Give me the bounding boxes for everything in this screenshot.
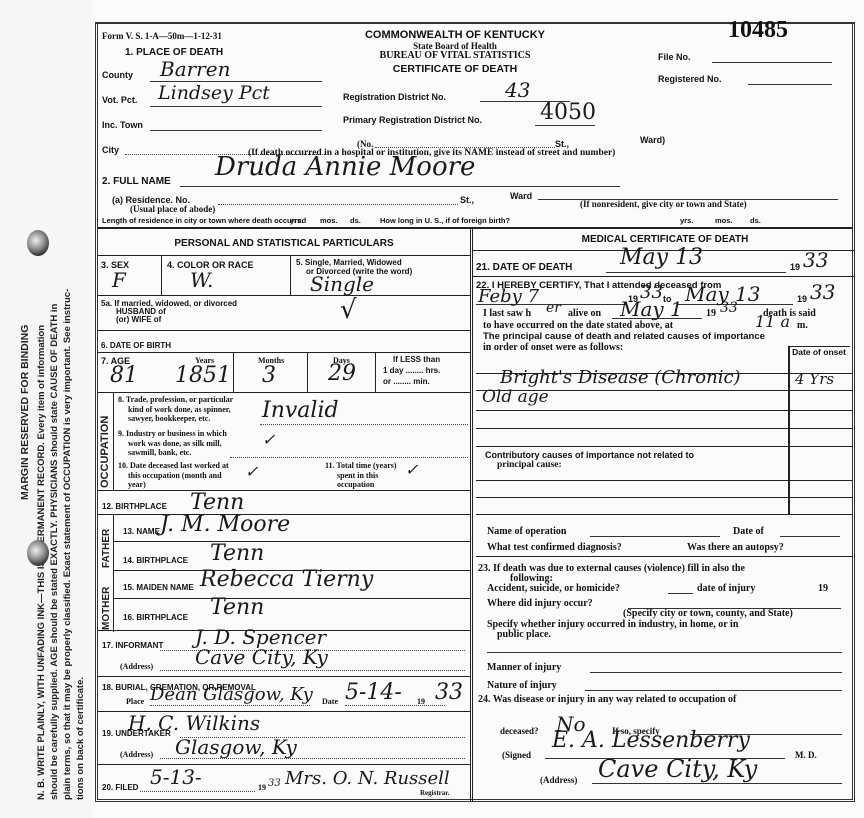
divider <box>233 352 234 392</box>
accident-field[interactable] <box>668 593 693 594</box>
divider <box>98 676 470 677</box>
dod-label: 21. DATE OF DEATH <box>476 262 572 273</box>
injury-year-label: 19 <box>818 583 828 594</box>
mother-name-label: 15. MAIDEN NAME <box>123 583 194 592</box>
filed-field[interactable] <box>140 791 255 792</box>
divider <box>98 255 470 256</box>
length-ds: ds. <box>350 216 361 225</box>
file-no-field[interactable] <box>712 62 832 63</box>
registered-no-field[interactable] <box>748 84 832 85</box>
primary-registration-label: Primary Registration District No. <box>343 115 482 125</box>
inc-town-field[interactable] <box>150 130 322 131</box>
dod-value: May 13 <box>620 245 703 270</box>
time-value: 11 a <box>755 312 790 331</box>
undertaker-address-label: (Address) <box>120 750 153 759</box>
binding-hole <box>27 230 49 256</box>
injury-date-label: date of injury <box>697 583 755 594</box>
divider <box>114 541 470 542</box>
race-value: W. <box>190 268 213 292</box>
foreign-birth-label: How long in U. S., if of foreign birth? <box>380 216 510 225</box>
deceased-label: deceased? <box>500 726 539 736</box>
age-months-value: 3 <box>262 363 276 388</box>
length-yrs: yrs. <box>290 216 303 225</box>
less-hrs-label: 1 day ........ hrs. <box>383 366 440 375</box>
industry-value: ✓ <box>262 430 275 449</box>
divider <box>307 352 308 392</box>
cause-2-value[interactable]: Old age <box>482 387 549 407</box>
county-value: Barren <box>160 57 230 81</box>
bureau-name: BUREAU OF VITAL STATISTICS <box>330 50 580 61</box>
registrar-label: Registrar. <box>420 789 449 797</box>
informant-label: 17. INFORMANT <box>102 641 163 650</box>
full-name-value: Druda Annie Moore <box>215 152 475 182</box>
medical-heading: MEDICAL CERTIFICATE OF DEATH <box>475 234 855 245</box>
burial-place-value: Dean Glasgow, Ky <box>150 684 313 705</box>
last-saw-value: May 1 <box>620 297 683 321</box>
total-time-label: 11. Total time (years)spent in thisoccup… <box>325 461 397 490</box>
occupation-side-label: OCCUPATION <box>100 416 111 488</box>
birth-year-value: 1851 <box>175 363 231 388</box>
binding-hole <box>27 540 49 566</box>
vot-pct-field[interactable] <box>150 106 322 107</box>
age-days-value: 29 <box>328 361 356 386</box>
margin-binding-text: MARGIN RESERVED FOR BINDING <box>20 325 31 500</box>
physician-signature: E. A. Lessenberry <box>552 728 750 753</box>
operation-field[interactable] <box>590 536 720 537</box>
onset-column-divider <box>788 346 790 514</box>
manner-label: Manner of injury <box>487 662 561 673</box>
onset-1-value[interactable]: 4 Yrs <box>795 370 834 388</box>
contributory-line <box>476 480 852 481</box>
column-divider <box>470 228 473 802</box>
nature-field[interactable] <box>585 690 842 691</box>
last-saw-year: 33 <box>720 300 738 316</box>
residence-ward-label: Ward <box>510 191 532 201</box>
divider <box>114 598 470 599</box>
onset-label: Date of onset <box>790 348 848 357</box>
full-name-field[interactable] <box>180 186 620 187</box>
filed-year-value: 33 <box>268 778 281 789</box>
father-side-label: FATHER <box>101 529 112 568</box>
length-mos: mos. <box>320 216 338 225</box>
trade-label: 8. Trade, profession, or particularkind … <box>118 395 233 424</box>
cause-line <box>476 410 852 411</box>
informant-address-label: (Address) <box>120 662 153 671</box>
binding-margin: MARGIN RESERVED FOR BINDING N. B. WRITE … <box>0 0 92 818</box>
industry-label: 9. Industry or business in whichwork was… <box>118 429 227 458</box>
nonresident-note: (If nonresident, give city or town and S… <box>580 199 747 209</box>
sex-value: F <box>112 268 126 292</box>
less-than-label: If LESS than <box>393 355 440 364</box>
divider <box>98 295 470 296</box>
attended-from-value: Feby 7 <box>478 286 539 307</box>
father-birthplace-label: 14. BIRTHPLACE <box>123 556 188 565</box>
father-name-label: 13. NAME <box>123 527 160 536</box>
signed-label: (Signed <box>502 750 531 760</box>
specify-label-2: public place. <box>497 629 551 640</box>
certificate-title: CERTIFICATE OF DEATH <box>330 63 580 75</box>
filed-label: 20. FILED <box>102 783 138 792</box>
divider <box>290 255 291 295</box>
divider <box>375 352 376 392</box>
spouse-label-3: (or) WIFE of <box>116 315 161 324</box>
attended-to-year-prefix: 19 <box>797 294 807 304</box>
total-time-value: ✓ <box>405 460 418 479</box>
burial-date-label: Date <box>322 697 338 706</box>
dob-label: 6. DATE OF BIRTH <box>101 341 171 350</box>
residence-sub-label: (Usual place of abode) <box>130 204 215 214</box>
foreign-yrs: yrs. <box>680 216 693 225</box>
burial-place-label: Place <box>126 697 144 706</box>
registrar-signature: Mrs. O. N. Russell <box>285 768 450 789</box>
manner-field[interactable] <box>590 672 842 673</box>
filed-value: 5-13- <box>150 765 202 789</box>
autopsy-label: Was there an autopsy? <box>687 542 784 553</box>
city-ward-label: Ward) <box>640 135 665 145</box>
registration-district-value: 43 <box>505 78 530 102</box>
margin-note-line-2: should be carefully supplied. AGE should… <box>49 304 60 800</box>
residence-field[interactable] <box>218 204 458 205</box>
cause-1-value[interactable]: Bright's Disease (Chronic) <box>500 367 741 388</box>
last-saw-year-prefix: 19 <box>706 308 716 319</box>
cause-intro: The principal cause of death and related… <box>483 331 765 342</box>
last-worked-value: ✓ <box>245 462 258 481</box>
vot-pct-value: Lindsey Pct <box>158 82 270 104</box>
length-residence-label: Length of residence in city or town wher… <box>102 216 306 225</box>
father-name-value: J. M. Moore <box>160 512 290 537</box>
mother-name-value: Rebecca Tierny <box>200 567 373 592</box>
md-label: M. D. <box>795 750 817 760</box>
age-years-value: 81 <box>110 363 138 388</box>
birthplace-label: 12. BIRTHPLACE <box>102 502 167 511</box>
divider <box>473 276 855 277</box>
divider <box>98 352 470 353</box>
last-worked-label: 10. Date deceased last worked atthis occ… <box>118 461 229 490</box>
trade-value: Invalid <box>262 398 339 423</box>
mother-birthplace-label: 16. BIRTHPLACE <box>123 613 188 622</box>
mother-birthplace-value: Tenn <box>210 595 264 620</box>
less-min-label: or ........ min. <box>383 377 430 386</box>
nature-label: Nature of injury <box>487 680 557 691</box>
inc-town-label: Inc. Town <box>102 120 143 130</box>
industry-field[interactable] <box>230 457 468 458</box>
state-name: COMMONWEALTH OF KENTUCKY <box>330 29 580 41</box>
spouse-value: √ <box>340 295 357 325</box>
operation-date-label: Date of <box>733 526 764 537</box>
undertaker-address-value: Glasgow, Ky <box>175 735 297 759</box>
divider <box>113 514 114 632</box>
physician-address-field[interactable] <box>592 783 842 784</box>
diagnosis-label: What test confirmed diagnosis? <box>487 542 622 553</box>
full-name-label: 2. FULL NAME <box>102 176 171 187</box>
primary-registration-value: 4050 <box>540 100 596 125</box>
last-saw-label: I last saw h <box>483 308 531 319</box>
time-suffix: m. <box>797 320 808 331</box>
form-number: Form V. S. 1-A—50m—1-12-31 <box>102 31 222 41</box>
divider <box>476 556 852 557</box>
physician-address-label: (Address) <box>540 775 577 785</box>
operation-label: Name of operation <box>487 526 566 537</box>
filed-year-prefix: 19 <box>258 783 266 792</box>
burial-year-value: 33 <box>435 680 463 705</box>
burial-place-field[interactable] <box>150 705 310 706</box>
section-divider <box>98 227 853 229</box>
registration-district-label: Registration District No. <box>343 92 446 102</box>
burial-date-field[interactable] <box>345 705 445 706</box>
personal-heading: PERSONAL AND STATISTICAL PARTICULARS <box>98 238 470 249</box>
mother-side-label: MOTHER <box>101 587 112 630</box>
divider <box>98 392 470 393</box>
burial-date-value: 5-14- <box>345 680 402 705</box>
residence-st-label: St., <box>460 195 474 205</box>
marital-label: 5. Single, Married, Widowed <box>296 258 402 267</box>
primary-registration-field[interactable] <box>535 125 595 126</box>
attended-to-year: 33 <box>810 280 835 304</box>
cause-line <box>476 428 852 429</box>
where-injury-label: Where did injury occur? <box>487 598 593 609</box>
specify-field[interactable] <box>487 652 842 653</box>
accident-label: Accident, suicide, or homicide? <box>487 583 620 594</box>
contributory-label: Contributory causes of importance not re… <box>485 450 694 460</box>
registered-no-label: Registered No. <box>658 74 722 84</box>
trade-field[interactable] <box>260 424 468 425</box>
dod-year-value: 33 <box>803 248 828 272</box>
vot-pct-label: Vot. Pct. <box>102 95 137 105</box>
file-no-label: File No. <box>658 52 691 62</box>
father-birthplace-value: Tenn <box>210 541 264 566</box>
alive-on-label: alive on <box>568 308 601 319</box>
informant-address-field[interactable] <box>160 670 465 671</box>
county-label: County <box>102 70 133 80</box>
margin-note-line-3: plain terms, so that it may be properly … <box>62 289 73 800</box>
physician-address-value: Cave City, Ky <box>598 755 757 783</box>
certificate-number: 10485 <box>728 17 788 44</box>
where-injury-note: (Specify city or town, county, and State… <box>623 608 793 619</box>
divider <box>98 490 470 491</box>
marital-value: Single <box>310 272 374 296</box>
contributory-line <box>476 497 852 498</box>
contributory-label-2: principal cause: <box>497 460 562 470</box>
divider <box>113 392 114 490</box>
dod-field[interactable] <box>606 272 786 273</box>
burial-year-prefix: 19 <box>417 697 425 706</box>
cause-intro-2: in order of onset were as follows: <box>483 342 623 353</box>
operation-date-field[interactable] <box>780 536 840 537</box>
divider <box>98 330 470 331</box>
occurred-label: to have occurred on the date stated abov… <box>483 320 673 331</box>
foreign-ds: ds. <box>750 216 761 225</box>
last-saw-pronoun: er <box>546 300 561 316</box>
city-label: City <box>102 145 119 155</box>
margin-note-line-4: tions on back of certificate. <box>75 677 86 800</box>
occupation-related-label: 24. Was disease or injury in any way rel… <box>478 694 736 705</box>
divider <box>161 255 162 295</box>
dod-year-prefix: 19 <box>790 262 800 272</box>
foreign-mos: mos. <box>715 216 733 225</box>
informant-address-value: Cave City, Ky <box>195 645 328 669</box>
undertaker-value: H. C. Wilkins <box>128 711 260 735</box>
contributory-line <box>476 514 852 515</box>
cause-line <box>476 446 852 447</box>
